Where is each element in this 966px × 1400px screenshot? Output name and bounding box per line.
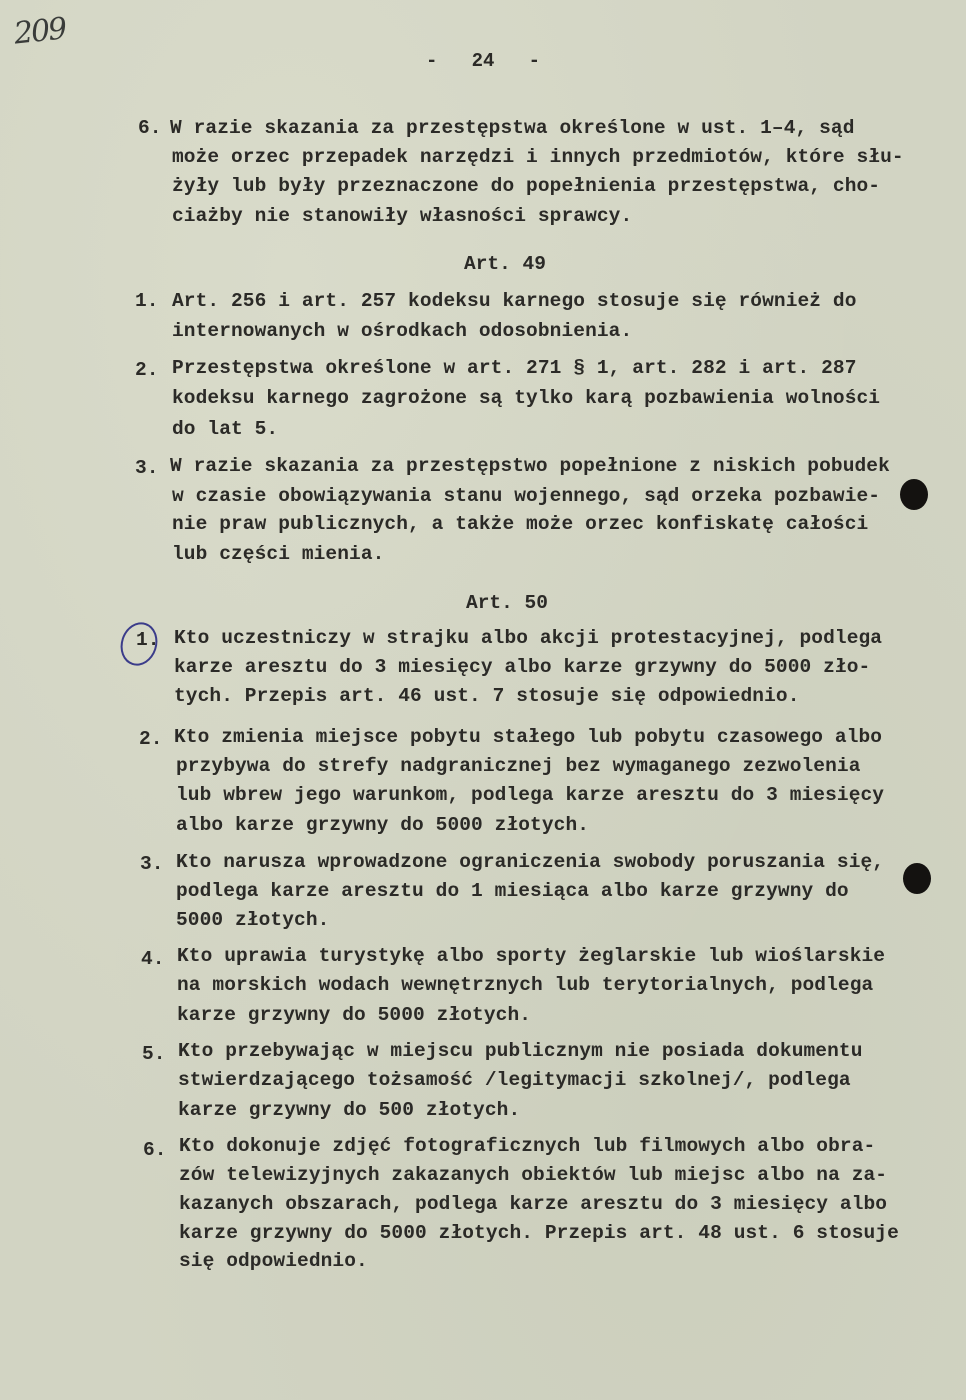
item-number: 4. [141, 948, 165, 970]
item-line: Kto dokonuje zdjęć fotograficznych lub f… [179, 1135, 875, 1157]
item-line: Kto uprawia turystykę albo sporty żeglar… [177, 945, 885, 967]
item-number: 1. [135, 290, 159, 312]
item-number: 2. [135, 359, 159, 381]
item-line: karze grzywny do 5000 złotych. Przepis a… [179, 1222, 899, 1244]
item-line: 5000 złotych. [176, 909, 329, 931]
item-line: karze grzywny do 5000 złotych. [177, 1004, 531, 1026]
item-number: 3. [140, 853, 164, 875]
item-line: się odpowiednio. [179, 1250, 368, 1272]
item-line: podlega karze aresztu do 1 miesiąca albo… [176, 880, 849, 902]
item-line: W razie skazania za przestępstwo popełni… [170, 455, 890, 477]
item-line: stwierdzającego tożsamość /legitymacji s… [178, 1069, 851, 1091]
item-line: w czasie obowiązywania stanu wojennego, … [172, 485, 880, 507]
item-number: 3. [135, 457, 159, 479]
page-number: - 24 - [0, 50, 966, 72]
item-line: Art. 256 i art. 257 kodeksu karnego stos… [172, 290, 857, 312]
item-line: tych. Przepis art. 46 ust. 7 stosuje się… [174, 685, 800, 707]
punch-hole-lower [903, 863, 931, 894]
item-line: lub części mienia. [172, 543, 384, 565]
item-line: może orzec przepadek narzędzi i innych p… [172, 146, 904, 168]
item-line: ciażby nie stanowiły własności sprawcy. [172, 205, 632, 227]
item-number: 6. [143, 1139, 167, 1161]
item-line: W razie skazania za przestępstwa określo… [170, 117, 855, 139]
punch-hole-upper [900, 479, 928, 510]
handwritten-folio-number: 209 [12, 11, 67, 51]
item-line: albo karze grzywny do 5000 złotych. [176, 814, 589, 836]
item-number: 1. [136, 629, 160, 651]
item-number: 2. [139, 728, 163, 750]
item-line: Przestępstwa określone w art. 271 § 1, a… [172, 357, 857, 379]
typewritten-document-page: 209 - 24 - 6. W razie skazania za przest… [0, 0, 966, 1400]
item-line: Kto uczestniczy w strajku albo akcji pro… [174, 627, 882, 649]
item-line: kazanych obszarach, podlega karze areszt… [179, 1193, 887, 1215]
article-heading-49: Art. 49 [464, 253, 546, 275]
item-line: przybywa do strefy nadgranicznej bez wym… [176, 755, 861, 777]
item-line: lub wbrew jego warunkom, podlega karze a… [176, 784, 884, 806]
item-line: Kto przebywając w miejscu publicznym nie… [178, 1040, 863, 1062]
item-line: internowanych w ośrodkach odosobnienia. [172, 320, 632, 342]
item-line: Kto zmienia miejsce pobytu stałego lub p… [174, 726, 882, 748]
item-line: karze aresztu do 3 miesięcy albo karze g… [174, 656, 870, 678]
item-line: nie praw publicznych, a także może orzec… [172, 513, 868, 535]
item-line: do lat 5. [172, 418, 278, 440]
item-number: 5. [142, 1043, 166, 1065]
item-line: żyły lub były przeznaczone do popełnieni… [172, 175, 880, 197]
item-line: karze grzywny do 500 złotych. [178, 1099, 520, 1121]
item-line: Kto narusza wprowadzone ograniczenia swo… [176, 851, 884, 873]
item-line: na morskich wodach wewnętrznych lub tery… [177, 974, 873, 996]
item-line: zów telewizyjnych zakazanych obiektów lu… [179, 1164, 887, 1186]
item-line: kodeksu karnego zagrożone są tylko karą … [172, 387, 880, 409]
article-heading-50: Art. 50 [466, 592, 548, 614]
item-number: 6. [138, 117, 162, 139]
